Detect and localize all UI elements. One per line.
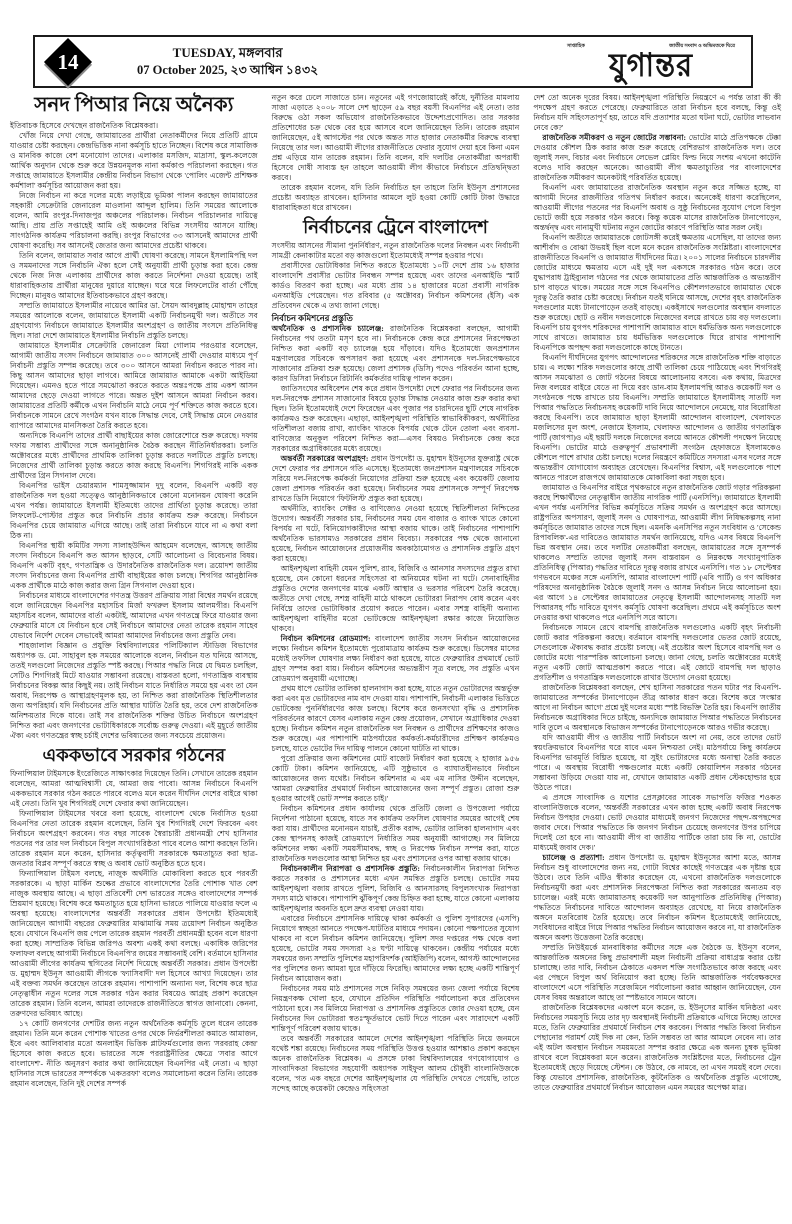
- body-paragraph: চ্যালেঞ্জ ও প্রত্যাশা: প্রধান উপদেষ্টা ড…: [533, 853, 781, 943]
- body-paragraph: জামায়াত ও বিএনপির বাইরে পৃথকভাবে নতুন র…: [533, 483, 781, 623]
- body-paragraph: আইনশৃঙ্খলা বাহিনী যেমন পুলিশ, র‌্যাব, বি…: [272, 564, 520, 634]
- body-paragraph: এ প্রসঙ্গে সাংবাদিক ও যশোর প্রেসক্লাবের …: [533, 793, 781, 853]
- body-paragraph: নির্বাচনের মাধ্যমে বাংলাদেশের গণতন্ত্র উ…: [10, 591, 258, 641]
- body-paragraph: সম্প্রতি জামায়াতে ইসলামীর নায়েবে আমির …: [10, 301, 258, 341]
- body-paragraph: অন্যদিকে বিএনপি তাদের প্রার্থী বাছাইয়ের…: [10, 431, 258, 481]
- body-paragraph: অর্থনীতি, ব্যাংকিং সেক্টর ও বাণিজ্যেও নে…: [272, 504, 520, 564]
- date-block: TUESDAY, মঙ্গলবার 07 October 2025, ২৩ আশ…: [137, 45, 318, 78]
- newspaper-page: 14 TUESDAY, মঙ্গলবার 07 October 2025, ২৩…: [0, 0, 792, 1224]
- body-paragraph: বিএনপির স্থায়ী কমিটির সদস্য সালাহউদ্দিন…: [10, 541, 258, 591]
- body-paragraph: ফিনান্সিয়াল টাইমসকে ইংরেজিতে সাক্ষাৎকার…: [10, 769, 258, 809]
- body-paragraph: সংসদীয় আসনের সীমানা পুনর্নির্ধারণ, নতুন…: [272, 241, 520, 261]
- body-paragraph: রাজনৈতিক বিশ্লেষকদের একাংশ মনে করেন, ড. …: [533, 1003, 781, 1093]
- body-paragraph: সম্প্রতি নিউইয়র্কে মানবাধিকার কর্মীদের …: [533, 943, 781, 1003]
- headline-sanad-pr: সনদ পিআর নিয়ে অনৈক্য: [10, 94, 258, 117]
- body-paragraph: প্রথম ধাপে ভোটার তালিকা হালনাগাদ করা হচ্…: [272, 684, 520, 754]
- body-paragraph: শাহজালাল বিজ্ঞান ও প্রযুক্তি বিশ্ববিদ্যা…: [10, 641, 258, 741]
- body-paragraph: তিনি বলেন, জামায়াত সবার আগে প্রার্থী ঘো…: [10, 251, 258, 301]
- body-paragraph: নির্বাচন কমিশনের প্রধান কার্যালয় থেকে প…: [272, 804, 520, 864]
- masthead-box: 14 TUESDAY, মঙ্গলবার 07 October 2025, ২৩…: [33, 35, 753, 88]
- body-paragraph: দেশ তো অনেক দূরের বিষয়। আইনশৃঙ্খলা পরিস…: [533, 93, 781, 133]
- body-paragraph: যদি আওয়ামী লীগ ও জাতীয় পার্টি নির্বাচন…: [533, 733, 781, 793]
- masthead-logo-block: সাপ্তাহিক জাতীয় সংবাদ ও অভিমতকে ঘিরে যু…: [567, 44, 735, 79]
- body-paragraph: বিএনপির ভাইস চেয়ারম্যান শামসুজ্জামান দু…: [10, 481, 258, 541]
- newspaper-logo: যুগান্তর: [567, 49, 735, 83]
- page-number: 14: [58, 49, 79, 74]
- body-paragraph: জাতিসংঘের অধিবেশন শেষ করে প্রধান উপদেষ্ট…: [272, 384, 520, 454]
- body-paragraph: বিএনপি অতীতে জামায়াতকে জোটসঙ্গী করেই ক্…: [533, 233, 781, 353]
- column-1: সনদ পিআর নিয়ে অনৈক্য ইতিবাচক হিসেবে দেখ…: [10, 93, 258, 1094]
- body-paragraph: ফিনান্সিয়াল টাইমসের খবরে বলা হয়েছে, বা…: [10, 809, 258, 869]
- body-paragraph: নির্বাচনকে সামনে রেখে বামপন্থি রাজনৈতিক …: [533, 623, 781, 683]
- body-paragraph: বিএনপি এবং জামায়াতের রাজনৈতিক অবস্থান ন…: [533, 183, 781, 233]
- body-paragraph: রাজনৈতিক সমীকরণ ও নতুন জোটের সম্ভাবনা: ভ…: [533, 133, 781, 183]
- body-paragraph: জামায়াতে ইসলামীর সেক্রেটারি জেনারেল মিয…: [10, 341, 258, 431]
- column-2: নতুন করে ঢেলে সাজাতে চান। নতুনের এই গণজো…: [272, 93, 520, 1094]
- body-paragraph: নির্বাচন কমিশনের রোডম্যাপ: বাংলাদেশ জাতী…: [272, 634, 520, 684]
- body-paragraph: অন্তর্বর্তী সরকারের অংশগ্রহণ: প্রধান উপদ…: [272, 454, 520, 504]
- column-3: দেশ তো অনেক দূরের বিষয়। আইনশৃঙ্খলা পরিস…: [533, 93, 781, 1094]
- body-paragraph: নিজে নির্বাচন না করে দলের মধ্যে লড়াইয়ে…: [10, 191, 258, 251]
- body-paragraph: অর্থনৈতিক ও প্রশাসনিক চ্যালেঞ্জ: রাজনৈতি…: [272, 324, 520, 384]
- body-paragraph: ফিন্যান্সিয়াল টাইমস বলছে, নাজুক অর্থনীত…: [10, 869, 258, 1019]
- body-paragraph: নির্বাচনের সময় মাঠ প্রশাসনের সঙ্গে নিবি…: [272, 984, 520, 1034]
- weekday-line: TUESDAY, মঙ্গলবার: [137, 45, 318, 62]
- headline-ekokbhabe-sarkar: এককভাবে সরকার গঠনের: [10, 745, 258, 766]
- body-paragraph: পুরো প্রক্রিয়ার জন্য কমিশনের মোট বাজেট …: [272, 754, 520, 804]
- subhead-ec-prostuti: নির্বাচন কমিশনের প্রস্তুতি: [272, 313, 520, 323]
- headline-nirbachoner-train: নির্বাচনের ট্রেনে বাংলাদেশ: [272, 217, 520, 238]
- body-paragraph: ১৭ কোটি জনগণের দেশটির জন্য নতুন অর্থনৈতি…: [10, 1019, 258, 1089]
- body-paragraph: বিএনপি দীর্ঘদিনের যুগপৎ আন্দোলনের শরিকদে…: [533, 353, 781, 483]
- body-paragraph: তারেক রহমান বলেন, যদি তিনি নির্বাচিত হন …: [272, 183, 520, 213]
- body-paragraph: তবে অন্তর্বর্তী সরকারের আমলে দেশের আইনশৃ…: [272, 1034, 520, 1094]
- body-paragraph: এবারের নির্বাচনে প্রশাসনিক দায়িত্বে থাক…: [272, 914, 520, 984]
- page-number-diamond: 14: [44, 37, 92, 85]
- body-paragraph: নির্বাচনকালীন নিরাপত্তা ও প্রশাসনিক প্রস…: [272, 864, 520, 914]
- body-paragraph: রাজনৈতিক বিশ্লেষকরা বলছেন, শেখ হাসিনা সর…: [533, 683, 781, 733]
- body-paragraph: খোঁজ নিয়ে দেখা গেছে, জামায়াতের প্রার্থ…: [10, 131, 258, 191]
- body-paragraph: নতুন করে ঢেলে সাজাতে চান। নতুনের এই গণজো…: [272, 93, 520, 183]
- body-paragraph: প্রবাসীদের ভোটাধিকার নিশ্চিত করতে ইতোমধ্…: [272, 261, 520, 311]
- body-paragraph: ইতিবাচক হিসেবে দেখছেন রাজনৈতিক বিশ্লেষকর…: [10, 121, 258, 131]
- article-columns: সনদ পিআর নিয়ে অনৈক্য ইতিবাচক হিসেবে দেখ…: [0, 88, 792, 1094]
- date-line: 07 October 2025, ২৩ আশ্বিন ১৪৩২: [137, 62, 318, 78]
